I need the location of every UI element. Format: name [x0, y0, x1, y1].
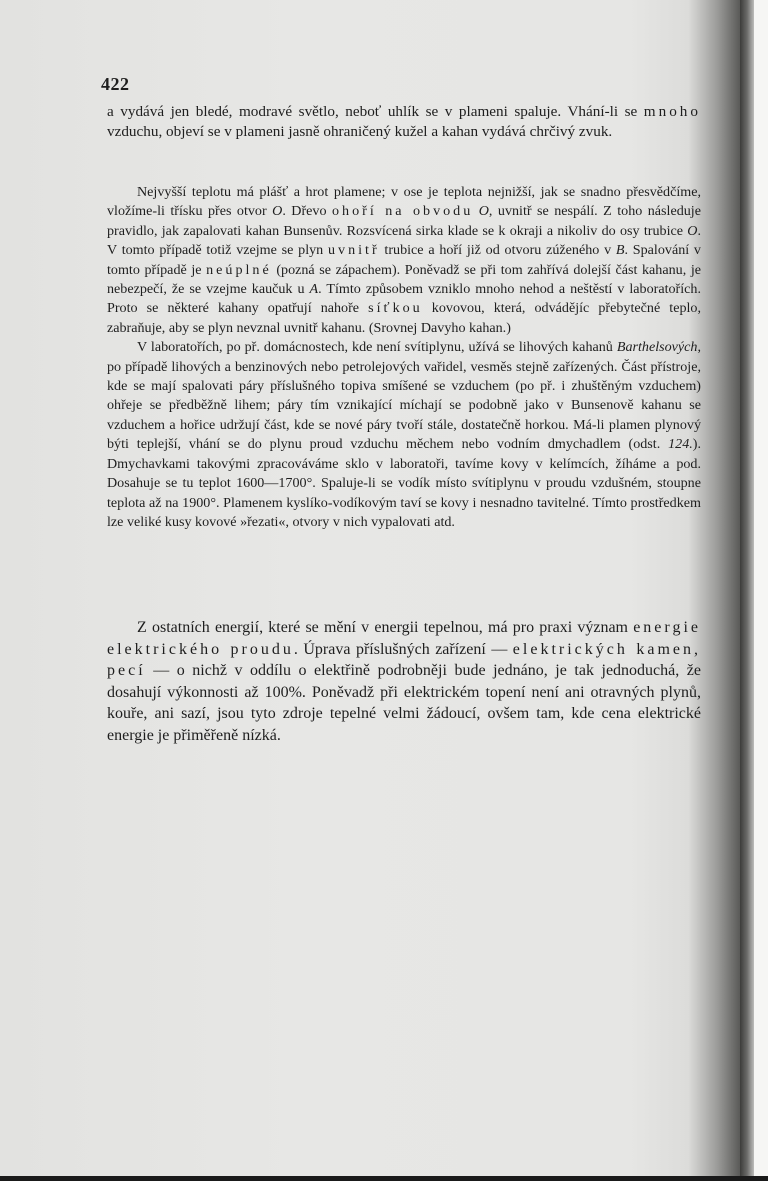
text-run: V laboratořích, po př. domácnostech, kde… [137, 339, 617, 355]
paragraph-electric-energy: Z ostatních energií, které se mění v ene… [107, 617, 701, 747]
text-run: . Úprava příslušných zařízení — [294, 641, 513, 658]
text-run: Z ostatních energií, které se mění v ene… [137, 619, 633, 636]
spaced-emphasis: síťkou [368, 300, 423, 316]
page-number: 422 [101, 74, 130, 95]
scan-border [0, 1176, 768, 1181]
figure-label: B [616, 242, 625, 258]
page-gutter-shadow [740, 0, 754, 1181]
spaced-emphasis: ohoří na obvodu [332, 203, 473, 219]
figure-label: O [687, 223, 697, 239]
figure-label: O [272, 203, 282, 219]
text-run: , po případě lihových a benzinových nebo… [107, 339, 701, 452]
italic-name: Barthelsových [617, 339, 698, 355]
text-run: vzduchu, objeví se v plameni jasně ohran… [107, 123, 391, 140]
section-reference: 124. [668, 436, 693, 452]
figure-label: A [310, 281, 319, 297]
figure-label: O [479, 203, 489, 219]
spaced-emphasis: neúplné [206, 262, 272, 278]
text-run: a vydává jen bledé, modravé světlo, nebo… [107, 103, 561, 120]
page-edge [754, 0, 768, 1181]
paragraph-flame-description: a vydává jen bledé, modravé světlo, nebo… [107, 102, 701, 142]
text-run: kužel a kahan vydává chrčivý zvuk. [395, 123, 613, 140]
small-print-block: Nejvyšší teplotu má plášť a hrot plamene… [107, 183, 701, 532]
text-run: Vhání-li se [567, 103, 643, 120]
text-run: — o nichž v oddílu o elektřině podrobněj… [107, 662, 701, 744]
spaced-emphasis: uvnitř [328, 242, 380, 258]
paragraph-temperature: Nejvyšší teplotu má plášť a hrot plamene… [107, 183, 701, 338]
text-run: trubice a hoří již od otvoru zúženého v [380, 242, 616, 258]
book-page [0, 0, 740, 1181]
paragraph-alcohol-burners: V laboratořích, po př. domácnostech, kde… [107, 338, 701, 532]
spaced-emphasis: mnoho [644, 103, 701, 120]
text-run: . Dřevo [282, 203, 332, 219]
